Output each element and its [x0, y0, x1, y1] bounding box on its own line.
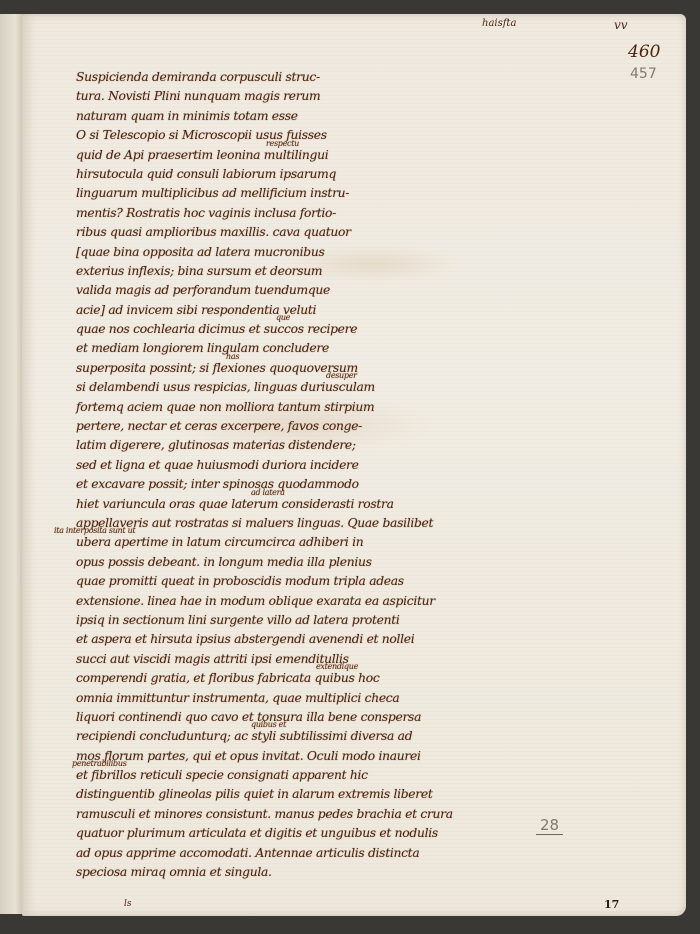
text-line: extensione. linea hae in modum oblique e…: [76, 592, 516, 611]
text-line: mos florum partes, qui et opus invitat. …: [76, 747, 516, 766]
text-line: quibus etrecipiendi concludunturq; ac st…: [76, 727, 516, 746]
text-line: hirsutocula quid consuli labiorum ipsaru…: [76, 165, 516, 184]
text-line: liquori continendi quo cavo et tonsura i…: [76, 708, 516, 727]
text-line: Suspicienda demiranda corpusculi struc-: [76, 68, 516, 87]
interlinear-note: ita interposita sunt ut: [54, 526, 135, 535]
text-line: tura. Novisti Plini nunquam magis rerum: [76, 87, 516, 106]
text-line: ad laterahiet variuncula oras quae later…: [76, 495, 516, 514]
text-line: valida magis ad perforandum tuendumque: [76, 281, 516, 300]
catchword: ls: [124, 899, 132, 909]
folio-number-pencil: 457: [630, 66, 657, 82]
top-note: haisfta: [482, 18, 516, 29]
interlinear-note: has: [226, 352, 239, 361]
text-line-content: recipiendi concludunturq; ac styli subti…: [76, 729, 412, 743]
text-line-content: comperendi gratia, et floribus fabricata…: [76, 671, 379, 685]
facing-page-edge: [0, 14, 23, 914]
interlinear-note: penetrabilibus: [72, 759, 127, 768]
text-line-content: superposita possint; si flexiones quoquo…: [76, 361, 358, 375]
interlinear-note: extendique: [316, 662, 358, 671]
text-line: distinguentib glineolas pilis quiet in a…: [76, 785, 516, 804]
text-line: desupersi delambendi usus respicias, lin…: [76, 378, 516, 397]
text-line: ribus quasi amplioribus maxillis. cava q…: [76, 223, 516, 242]
text-line: [quae bina opposita ad latera mucronibus: [76, 243, 516, 262]
text-line-content: et fibrillos reticuli specie consignati …: [76, 768, 368, 782]
manuscript-text: Suspicienda demiranda corpusculi struc- …: [76, 68, 516, 882]
pencil-number: 28: [536, 816, 563, 835]
page-number: 17: [604, 898, 619, 911]
text-line: sed et ligna et quae huiusmodi duriora i…: [76, 456, 516, 475]
text-line: quatuor plurimum articulata et digitis e…: [76, 824, 516, 843]
text-line: respectuquid de Api praesertim leonina m…: [76, 146, 516, 165]
text-line-content: ubera apertime in latum circumcirca adhi…: [76, 535, 363, 549]
text-line: extendiquecomperendi gratia, et floribus…: [76, 669, 516, 688]
text-line: mentis? Rostratis hoc vaginis inclusa fo…: [76, 204, 516, 223]
text-line: ita interposita sunt utubera apertime in…: [76, 533, 516, 552]
corner-mark: vv: [614, 18, 628, 32]
text-line: pertere, nectar et ceras excerpere, favo…: [76, 417, 516, 436]
text-line: speciosa miraq omnia et singula.: [76, 863, 516, 882]
interlinear-note: que: [276, 313, 290, 322]
text-line: ramusculi et minores consistunt. manus p…: [76, 805, 516, 824]
text-line-content: hiet variuncula oras quae laterum consid…: [76, 497, 394, 511]
text-line: quequae nos cochlearia dicimus et succos…: [76, 320, 516, 339]
text-line: ad opus apprime accomodati. Antennae art…: [76, 844, 516, 863]
folio-number-ink: 460: [628, 42, 660, 62]
text-line-content: quid de Api praesertim leonina multiling…: [76, 148, 328, 162]
interlinear-note: quibus et: [251, 720, 286, 729]
text-line-content: si delambendi usus respicias, linguas du…: [76, 380, 375, 394]
text-line: appellaveris aut rostratas si maluers li…: [76, 514, 516, 533]
text-line: latim digerere, glutinosas materias dist…: [76, 436, 516, 455]
text-line: ipsiq in sectionum lini surgente villo a…: [76, 611, 516, 630]
text-line: omnia immittuntur instrumenta, quae mult…: [76, 689, 516, 708]
text-line: et aspera et hirsuta ipsius abstergendi …: [76, 630, 516, 649]
text-line: et mediam longiorem lingulam concludere: [76, 339, 516, 358]
interlinear-note: respectu: [266, 139, 299, 148]
text-line: quae promitti queat in proboscidis modum…: [76, 572, 516, 591]
text-line: hassuperposita possint; si flexiones quo…: [76, 359, 516, 378]
text-line: penetrabilibuset fibrillos reticuli spec…: [76, 766, 516, 785]
manuscript-page: haisfta vv 460 457 Suspicienda demiranda…: [22, 14, 686, 916]
text-line-content: quae nos cochlearia dicimus et succos re…: [76, 322, 357, 336]
text-line: et excavare possit; inter spinosas quoda…: [76, 475, 516, 494]
text-line: opus possis debeant. in longum media ill…: [76, 553, 516, 572]
text-line: naturam quam in minimis totam esse: [76, 107, 516, 126]
text-line: acie] ad invicem sibi respondentia velut…: [76, 301, 516, 320]
text-line: linguarum multiplicibus ad mellificium i…: [76, 184, 516, 203]
text-line: succi aut viscidi magis attriti ipsi eme…: [76, 650, 516, 669]
text-line: fortemq aciem quae non molliora tantum s…: [76, 398, 516, 417]
interlinear-note: desuper: [326, 371, 357, 380]
text-line: exterius inflexis; bina sursum et deorsu…: [76, 262, 516, 281]
interlinear-note: ad latera: [251, 488, 285, 497]
